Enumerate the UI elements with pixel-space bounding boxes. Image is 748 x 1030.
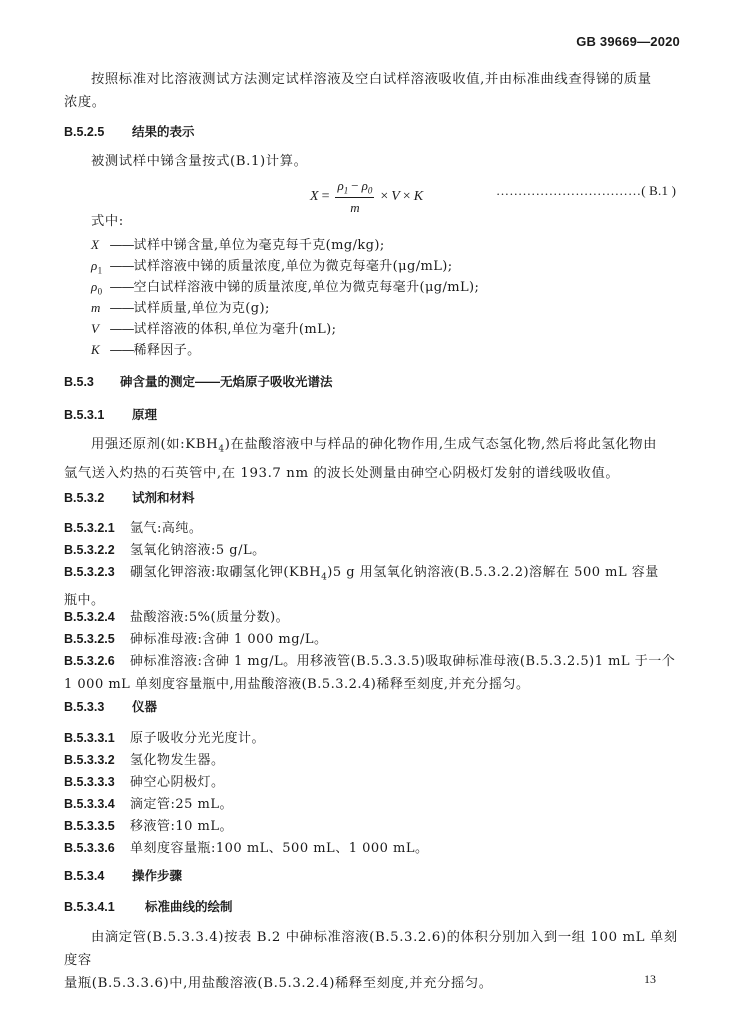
list-item-b5332: B.5.3.3.2氢化物发生器。: [64, 751, 225, 770]
subscript: 1: [344, 186, 349, 196]
section-heading-b534: B.5.3.4操作步骤: [64, 867, 182, 885]
list-item-b5334: B.5.3.3.4滴定管:25 mL。: [64, 795, 233, 814]
symbol-text: m: [91, 300, 101, 315]
formula-numerator: ρ1−ρ0: [335, 178, 374, 198]
section-heading-b5341: B.5.3.4.1标准曲线的绘制: [64, 898, 233, 916]
item-text: 氢化物发生器。: [130, 753, 225, 768]
legend-dash: ——: [110, 301, 134, 316]
list-item-b5326: B.5.3.2.6砷标准溶液:含砷 1 mg/L。用移液管(B.5.3.3.5)…: [64, 652, 684, 694]
item-text: 氩气:高纯。: [130, 521, 202, 536]
section-title: 原理: [132, 408, 157, 422]
formula-equals: =: [322, 189, 330, 205]
legend-desc: 稀释因子。: [134, 343, 201, 358]
item-text: 盐酸溶液:5%(质量分数)。: [130, 610, 289, 625]
symbol-text: ρ: [91, 279, 98, 294]
item-number: B.5.3.2.1: [64, 519, 130, 537]
item-text: 滴定管:25 mL。: [130, 797, 233, 812]
standard-code-header: GB 39669—2020: [576, 34, 680, 49]
standard-curve-line-1: 由滴定管(B.5.3.3.4)按表 B.2 中砷标准溶液(B.5.3.2.6)的…: [64, 926, 684, 972]
formula-lhs: X: [310, 189, 319, 205]
text: 用强还原剂(如:KBH: [91, 437, 218, 452]
item-text: 砷标准溶液:含砷 1 mg/L。用移液管(B.5.3.3.5)吸取砷标准母液(B…: [130, 654, 675, 669]
section-title: 仪器: [132, 700, 157, 714]
principle-line-1: 用强还原剂(如:KBH4)在盐酸溶液中与样品的砷化物作用,生成气态氢化物,然后将…: [64, 433, 684, 462]
legend-desc: 试样质量,单位为克(g);: [134, 301, 270, 316]
page-number: 13: [644, 972, 656, 987]
intro-line-2: 浓度。: [64, 91, 684, 114]
item-text: 氢氧化钠溶液:5 g/L。: [130, 543, 266, 558]
list-item-b5335: B.5.3.3.5移液管:10 mL。: [64, 817, 233, 836]
symbol-text: X: [91, 237, 99, 252]
legend-row-x: X ——试样中锑含量,单位为毫克每千克(mg/kg);: [91, 236, 385, 259]
symbol-sub: 1: [98, 266, 103, 276]
list-item-b5324: B.5.3.2.4盐酸溶液:5%(质量分数)。: [64, 608, 289, 627]
legend-dash: ——: [110, 238, 134, 253]
item-text: )5 g 用氢氧化钠溶液(B.5.3.2.2)溶解在 500 mL 容量: [327, 565, 658, 580]
item-text: 砷标准母液:含砷 1 000 mg/L。: [130, 632, 328, 647]
legend-desc: 试样溶液中锑的质量浓度,单位为微克每毫升(μg/mL);: [134, 259, 453, 274]
formula-k: K: [414, 189, 423, 205]
item-number: B.5.3.2.6: [64, 652, 130, 670]
section-number: B.5.3.4.1: [64, 898, 145, 916]
section-title: 结果的表示: [132, 125, 195, 139]
formula-v: V: [391, 189, 400, 205]
legend-dash: ——: [110, 322, 134, 337]
times-sign: ×: [403, 189, 411, 205]
section-heading-b531: B.5.3.1原理: [64, 406, 157, 424]
section-number: B.5.3.3: [64, 698, 132, 716]
item-text: 砷空心阴极灯。: [130, 775, 225, 790]
item-number: B.5.3.2.4: [64, 608, 130, 626]
item-text: 硼氢化钾溶液:取硼氢化钾(KBH: [130, 565, 321, 580]
legend-dash: ——: [110, 343, 134, 358]
item-number: B.5.3.2.5: [64, 630, 130, 648]
legend-row-k: K ——稀释因子。: [91, 341, 201, 364]
section-number: B.5.3.2: [64, 489, 132, 507]
legend-desc: 空白试样溶液中锑的质量浓度,单位为微克每毫升(μg/mL);: [134, 280, 480, 295]
section-number: B.5.2.5: [64, 123, 132, 141]
section-title: 砷含量的测定——无焰原子吸收光谱法: [120, 375, 333, 389]
subscript: 0: [368, 186, 373, 196]
item-continuation: 瓶中。: [64, 592, 684, 610]
standard-curve-line-2: 量瓶(B.5.3.3.6)中,用盐酸溶液(B.5.3.2.4)稀释至刻度,并充分…: [64, 972, 684, 995]
legend-symbol: V: [91, 320, 105, 343]
symbol-text: V: [91, 321, 99, 336]
item-number: B.5.3.3.2: [64, 751, 130, 769]
text: )在盐酸溶液中与样品的砷化物作用,生成气态氢化物,然后将此氢化物由: [225, 437, 657, 452]
principle-paragraph: 用强还原剂(如:KBH4)在盐酸溶液中与样品的砷化物作用,生成气态氢化物,然后将…: [64, 433, 684, 485]
list-item-b5333: B.5.3.3.3砷空心阴极灯。: [64, 773, 225, 792]
legend-symbol: X: [91, 236, 105, 259]
list-item-b5321: B.5.3.2.1氩气:高纯。: [64, 519, 202, 538]
legend-row-rho0: ρ0 ——空白试样溶液中锑的质量浓度,单位为微克每毫升(μg/mL);: [91, 278, 479, 301]
list-item-b5331: B.5.3.3.1原子吸收分光光度计。: [64, 729, 265, 748]
calc-instruction: 被测试样中锑含量按式(B.1)计算。: [64, 150, 684, 173]
legend-symbol: K: [91, 341, 105, 364]
legend-row-m: m ——试样质量,单位为克(g);: [91, 299, 270, 322]
list-item-b5323: B.5.3.2.3硼氢化钾溶液:取硼氢化钾(KBH4)5 g 用氢氧化钠溶液(B…: [64, 563, 684, 610]
item-number: B.5.3.2.3: [64, 563, 130, 581]
section-number: B.5.3: [64, 373, 120, 391]
item-number: B.5.3.3.4: [64, 795, 130, 813]
item-number: B.5.3.2.2: [64, 541, 130, 559]
symbol-sub: 0: [98, 287, 103, 297]
legend-desc: 试样溶液的体积,单位为毫升(mL);: [134, 322, 337, 337]
legend-symbol: ρ0: [91, 278, 105, 301]
section-title: 标准曲线的绘制: [145, 900, 233, 914]
legend-symbol: ρ1: [91, 257, 105, 280]
intro-paragraph: 按照标准对比溶液测试方法测定试样溶液及空白试样溶液吸收值,并由标准曲线查得锑的质…: [64, 68, 684, 114]
legend-dash: ——: [110, 259, 134, 274]
list-item-b5336: B.5.3.3.6单刻度容量瓶:100 mL、500 mL、1 000 mL。: [64, 839, 429, 858]
section-number: B.5.3.4: [64, 867, 132, 885]
item-text: 移液管:10 mL。: [130, 819, 233, 834]
section-heading-b533: B.5.3.3仪器: [64, 698, 157, 716]
section-heading-b532: B.5.3.2试剂和材料: [64, 489, 195, 507]
section-title: 操作步骤: [132, 869, 182, 883]
item-text: 原子吸收分光光度计。: [130, 731, 265, 746]
legend-row-v: V ——试样溶液的体积,单位为毫升(mL);: [91, 320, 336, 343]
item-number: B.5.3.3.3: [64, 773, 130, 791]
symbol-text: ρ: [91, 258, 98, 273]
section-title: 试剂和材料: [132, 491, 195, 505]
item-number: B.5.3.3.1: [64, 729, 130, 747]
legend-dash: ——: [110, 280, 134, 295]
where-label: 式中:: [64, 210, 684, 233]
principle-line-2: 氩气送入灼热的石英管中,在 193.7 nm 的波长处测量由砷空心阴极灯发射的谱…: [64, 462, 684, 485]
legend-symbol: m: [91, 299, 105, 322]
section-number: B.5.3.1: [64, 406, 132, 424]
intro-line-1: 按照标准对比溶液测试方法测定试样溶液及空白试样溶液吸收值,并由标准曲线查得锑的质…: [64, 68, 684, 91]
legend-desc: 试样中锑含量,单位为毫克每千克(mg/kg);: [134, 238, 385, 253]
times-sign: ×: [380, 189, 388, 205]
item-number: B.5.3.3.6: [64, 839, 130, 857]
formula-reference: ……………………………( B.1 ): [496, 183, 676, 199]
list-item-b5322: B.5.3.2.2氢氧化钠溶液:5 g/L。: [64, 541, 266, 560]
section-heading-b525: B.5.2.5结果的表示: [64, 123, 195, 141]
standard-curve-paragraph: 由滴定管(B.5.3.3.4)按表 B.2 中砷标准溶液(B.5.3.2.6)的…: [64, 926, 684, 995]
minus-sign: −: [351, 178, 358, 193]
item-continuation: 1 000 mL 单刻度容量瓶中,用盐酸溶液(B.5.3.2.4)稀释至刻度,并…: [64, 676, 684, 694]
legend-row-rho1: ρ1 ——试样溶液中锑的质量浓度,单位为微克每毫升(μg/mL);: [91, 257, 453, 280]
item-number: B.5.3.3.5: [64, 817, 130, 835]
list-item-b5325: B.5.3.2.5砷标准母液:含砷 1 000 mg/L。: [64, 630, 328, 649]
section-heading-b53: B.5.3砷含量的测定——无焰原子吸收光谱法: [64, 373, 333, 391]
item-text: 单刻度容量瓶:100 mL、500 mL、1 000 mL。: [130, 841, 429, 856]
symbol-text: K: [91, 342, 100, 357]
